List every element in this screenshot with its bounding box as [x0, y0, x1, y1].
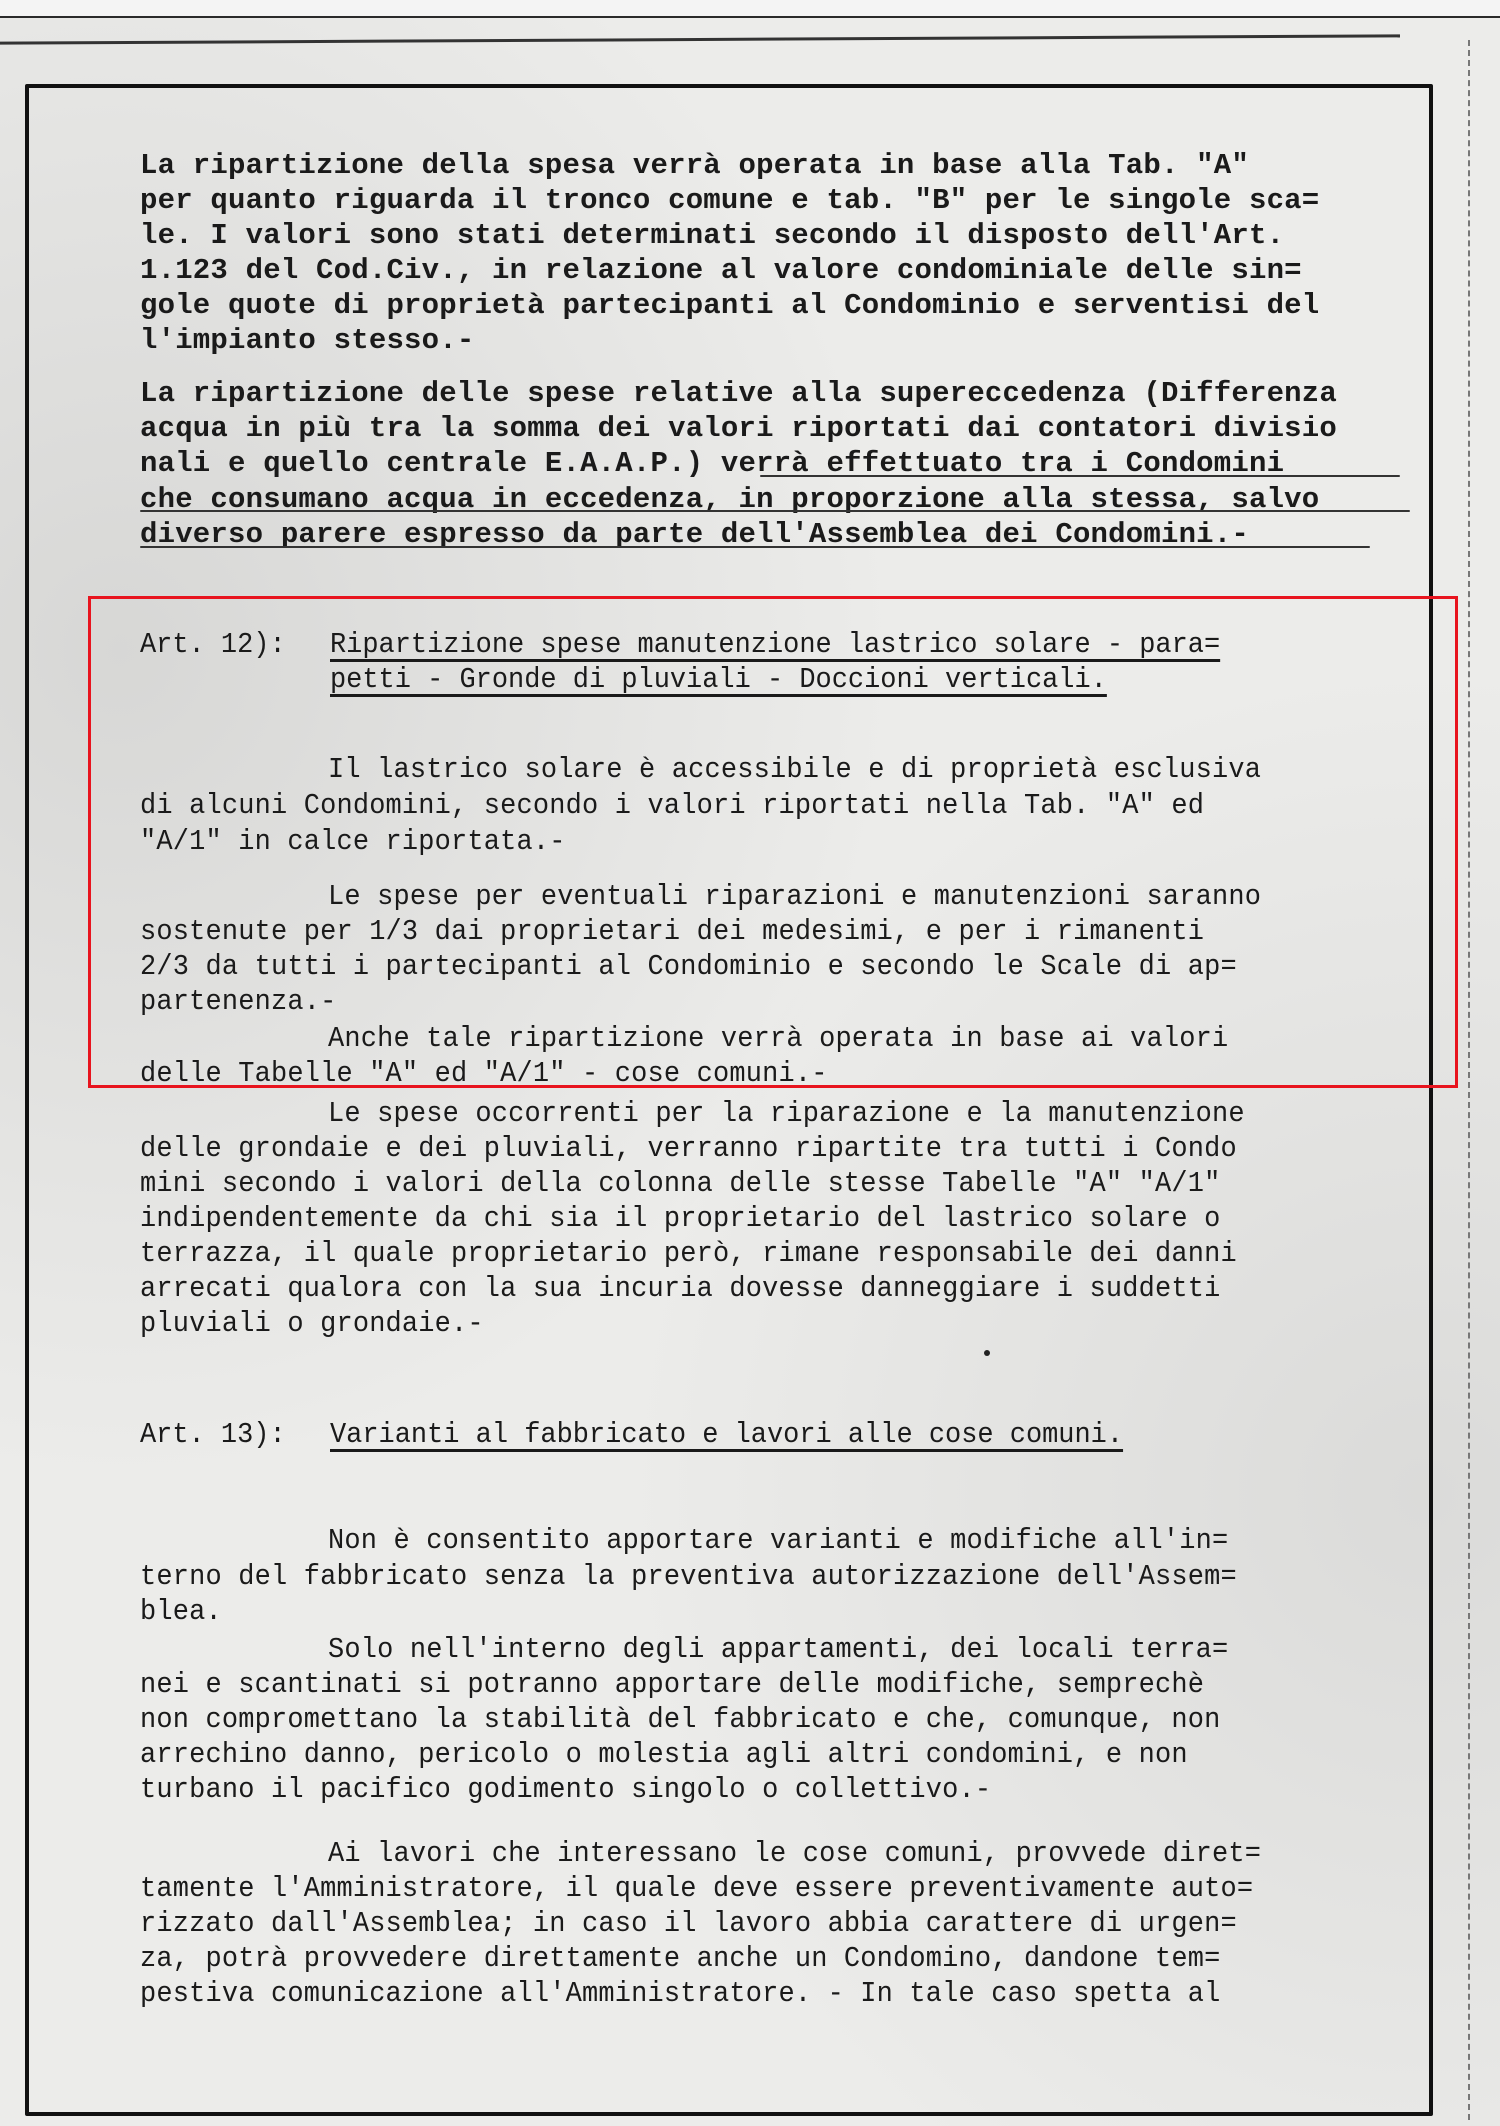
text-line: indipendentemente da chi sia il propriet…: [140, 1201, 1220, 1236]
text-line: za, potrà provvedere direttamente anche …: [140, 1941, 1220, 1976]
scan-top-edge: [0, 0, 1500, 18]
text-line: Il lastrico solare è accessibile e di pr…: [328, 752, 1261, 787]
article-label: Art. 12):: [140, 628, 286, 661]
text-line: l'impianto stesso.-: [140, 323, 474, 358]
ink-speck: [984, 1350, 990, 1356]
text-line: Le spese per eventuali riparazioni e man…: [328, 879, 1261, 914]
article-title: Ripartizione spese manutenzione lastrico…: [330, 628, 1220, 661]
text-line: gole quote di proprietà partecipanti al …: [140, 288, 1319, 323]
text-line: 2/3 da tutti i partecipanti al Condomini…: [140, 949, 1237, 984]
text-line: sostenute per 1/3 dai proprietari dei me…: [140, 914, 1204, 949]
text-line: Le spese occorrenti per la riparazione e…: [328, 1096, 1245, 1131]
text-line: arrecati qualora con la sua incuria dove…: [140, 1271, 1220, 1306]
text-line: blea.: [140, 1594, 222, 1629]
handwritten-underline: [140, 510, 1410, 512]
text-line: le. I valori sono stati determinati seco…: [140, 218, 1284, 253]
text-line: mini secondo i valori della colonna dell…: [140, 1166, 1220, 1201]
text-line: Solo nell'interno degli appartamenti, de…: [328, 1632, 1228, 1667]
text-line: delle Tabelle "A" ed "A/1" - cose comuni…: [140, 1056, 828, 1091]
article-title: Varianti al fabbricato e lavori alle cos…: [330, 1418, 1123, 1451]
text-line: acqua in più tra la somma dei valori rip…: [140, 411, 1337, 446]
text-line: "A/1" in calce riportata.-: [140, 824, 566, 859]
text-line: partenenza.-: [140, 984, 336, 1019]
text-line: non compromettano la stabilità del fabbr…: [140, 1702, 1220, 1737]
article-title: petti - Gronde di pluviali - Doccioni ve…: [330, 663, 1107, 696]
text-line: turbano il pacifico godimento singolo o …: [140, 1772, 991, 1807]
text-line: nei e scantinati si potranno apportare d…: [140, 1667, 1204, 1702]
text-line: per quanto riguarda il tronco comune e t…: [140, 183, 1319, 218]
handwritten-underline: [140, 546, 1370, 548]
text-line: terno del fabbricato senza la preventiva…: [140, 1559, 1237, 1594]
text-line: Anche tale ripartizione verrà operata in…: [328, 1021, 1228, 1056]
text-line: pestiva comunicazione all'Amministratore…: [140, 1976, 1220, 2011]
text-line: terrazza, il quale proprietario però, ri…: [140, 1236, 1237, 1271]
text-line: Ai lavori che interessano le cose comuni…: [328, 1836, 1261, 1871]
text-line: arrechino danno, pericolo o molestia agl…: [140, 1737, 1188, 1772]
text-line: La ripartizione della spesa verrà operat…: [140, 148, 1249, 183]
article-label: Art. 13):: [140, 1418, 286, 1451]
text-line: 1.123 del Cod.Civ., in relazione al valo…: [140, 253, 1302, 288]
text-line: rizzato dall'Assemblea; in caso il lavor…: [140, 1906, 1237, 1941]
handwritten-underline: [760, 475, 1400, 477]
text-line: La ripartizione delle spese relative all…: [140, 376, 1337, 411]
text-line: pluviali o grondaie.-: [140, 1306, 484, 1341]
text-line: di alcuni Condomini, secondo i valori ri…: [140, 788, 1204, 823]
text-line: tamente l'Amministratore, il quale deve …: [140, 1871, 1253, 1906]
text-line: delle grondaie e dei pluviali, verranno …: [140, 1131, 1237, 1166]
text-line: Non è consentito apportare varianti e mo…: [328, 1523, 1228, 1558]
page-right-edge: [1468, 40, 1472, 2120]
